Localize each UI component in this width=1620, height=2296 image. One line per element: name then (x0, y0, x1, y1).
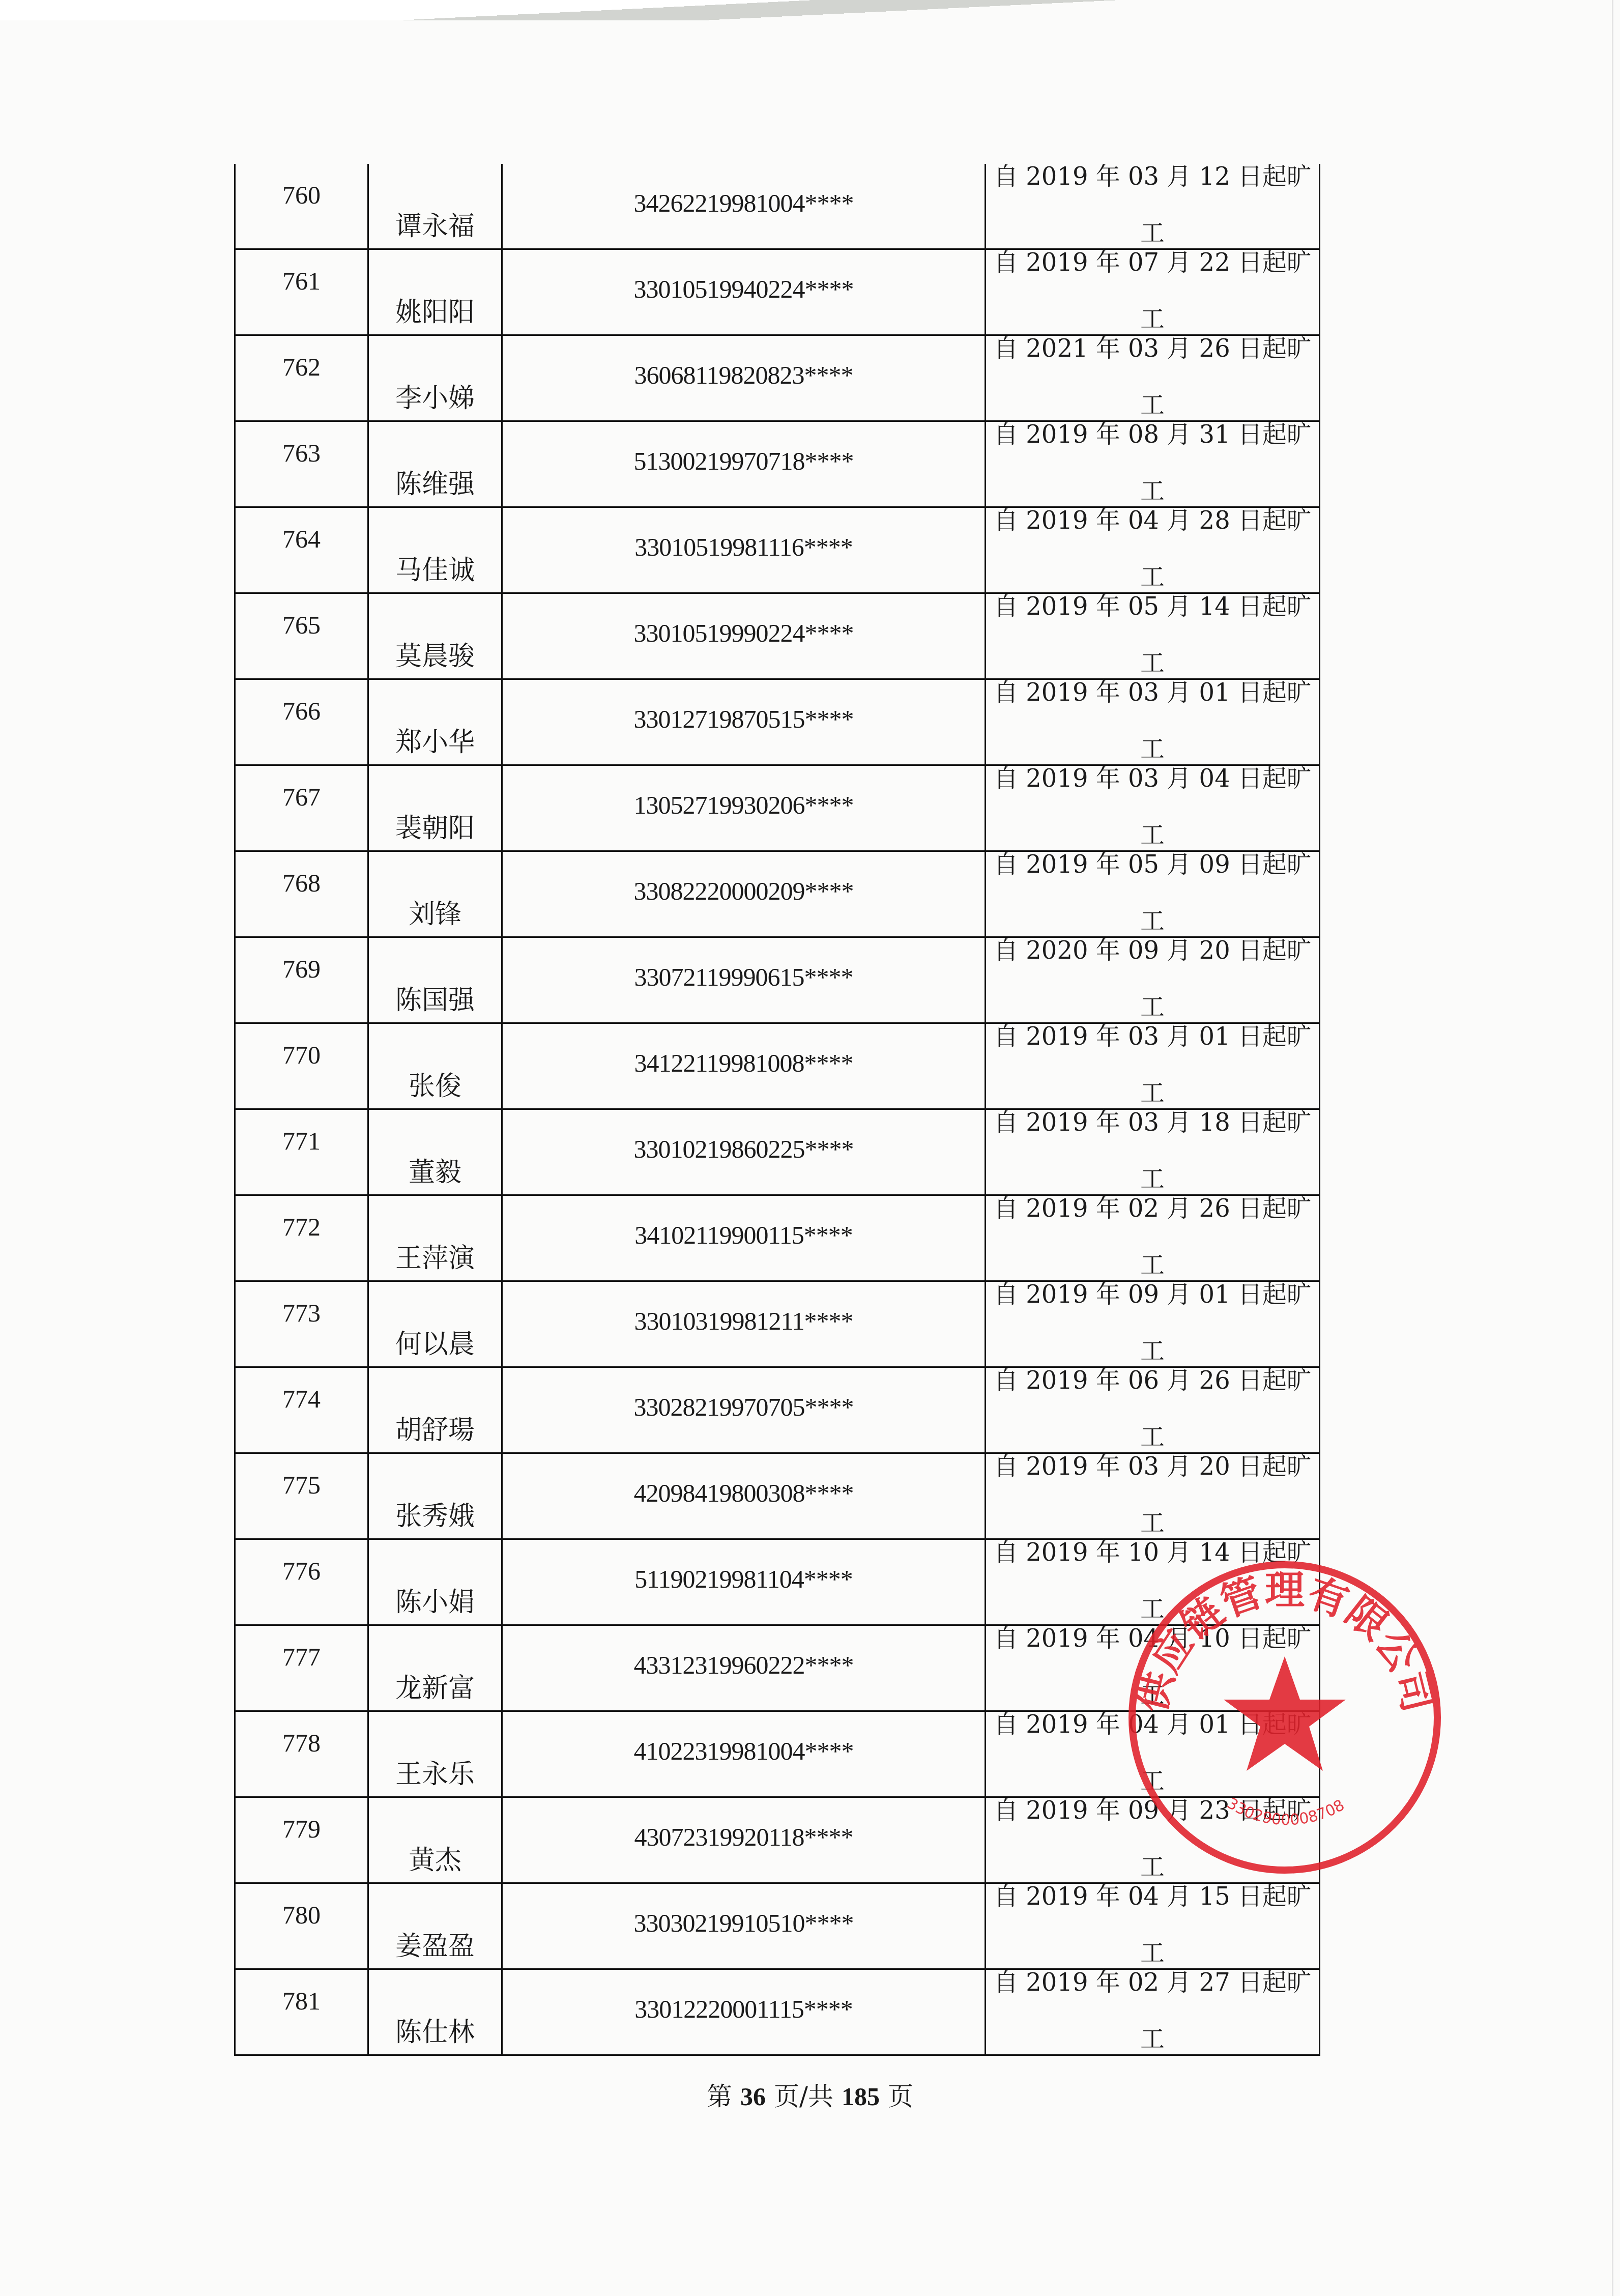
id-number-text: 33010319981211**** (503, 1306, 985, 1336)
id-number-cell: 33010519940224**** (502, 249, 986, 335)
id-number-text: 43072319920118**** (503, 1822, 985, 1852)
id-number-cell: 42098419800308**** (502, 1453, 986, 1539)
id-number-cell: 34262219981004**** (502, 164, 986, 249)
row-number-cell: 772 (235, 1195, 368, 1281)
absence-note-line1: 自 2019 年 09 月 23 日起旷 (986, 1791, 1319, 1826)
table-row: 767裴朝阳13052719930206****自 2019 年 03 月 04… (235, 765, 1320, 851)
table-row: 777龙新富43312319960222****自 2019 年 04 月 10… (235, 1625, 1320, 1711)
table-row: 769陈国强33072119990615****自 2020 年 09 月 20… (235, 937, 1320, 1023)
absence-note-line1: 自 2019 年 07 月 22 日起旷 (986, 243, 1319, 278)
row-number-text: 767 (236, 782, 367, 812)
row-number-cell: 778 (235, 1711, 368, 1797)
row-number-cell: 780 (235, 1883, 368, 1969)
absence-note-cell: 自 2019 年 03 月 12 日起旷工 (986, 164, 1320, 249)
row-number-text: 777 (236, 1642, 367, 1672)
id-number-cell: 13052719930206**** (502, 765, 986, 851)
table-row: 773何以晨33010319981211****自 2019 年 09 月 01… (235, 1281, 1320, 1367)
absence-note-cell: 自 2019 年 05 月 09 日起旷工 (986, 851, 1320, 937)
id-number-text: 43312319960222**** (503, 1650, 985, 1680)
employee-name-text: 龙新富 (369, 1667, 501, 1705)
row-number-text: 771 (236, 1126, 367, 1156)
absence-note-cell: 自 2019 年 09 月 01 日起旷工 (986, 1281, 1320, 1367)
employee-name-text: 王萍演 (369, 1237, 501, 1275)
employee-name-text: 姜盈盈 (369, 1925, 501, 1963)
employee-name-text: 王永乐 (369, 1753, 501, 1791)
id-number-cell: 33030219910510**** (502, 1883, 986, 1969)
id-number-cell: 33082220000209**** (502, 851, 986, 937)
table-row: 779黄杰43072319920118****自 2019 年 09 月 23 … (235, 1797, 1320, 1883)
row-number-text: 781 (236, 1986, 367, 2016)
absence-note-line1: 自 2019 年 04 月 01 日起旷 (986, 1705, 1319, 1740)
row-number-cell: 776 (235, 1539, 368, 1625)
employee-name-cell: 张秀娥 (368, 1453, 502, 1539)
table-row: 770张俊34122119981008****自 2019 年 03 月 01 … (235, 1023, 1320, 1109)
id-number-cell: 43312319960222**** (502, 1625, 986, 1711)
absence-note-line1: 自 2019 年 04 月 28 日起旷 (986, 501, 1319, 536)
row-number-cell: 765 (235, 593, 368, 679)
row-number-cell: 770 (235, 1023, 368, 1109)
absence-note-line1: 自 2019 年 03 月 04 日起旷 (986, 759, 1319, 794)
row-number-cell: 763 (235, 421, 368, 507)
id-number-cell: 43072319920118**** (502, 1797, 986, 1883)
row-number-text: 765 (236, 610, 367, 640)
absence-note-cell: 自 2019 年 08 月 31 日起旷工 (986, 421, 1320, 507)
employee-name-text: 莫晨骏 (369, 635, 501, 673)
table-row: 760谭永福34262219981004****自 2019 年 03 月 12… (235, 164, 1320, 249)
absence-note-line1: 自 2019 年 03 月 01 日起旷 (986, 1017, 1319, 1052)
row-number-text: 769 (236, 954, 367, 984)
row-number-text: 780 (236, 1900, 367, 1930)
row-number-cell: 760 (235, 164, 368, 249)
absence-note-cell: 自 2019 年 03 月 04 日起旷工 (986, 765, 1320, 851)
row-number-text: 766 (236, 696, 367, 726)
absence-note-line1: 自 2019 年 05 月 09 日起旷 (986, 845, 1319, 880)
row-number-text: 774 (236, 1384, 367, 1414)
row-number-text: 772 (236, 1212, 367, 1242)
footer-prefix: 第 (707, 2082, 732, 2111)
roster-table-body: 760谭永福34262219981004****自 2019 年 03 月 12… (235, 164, 1320, 2055)
employee-name-cell: 陈仕林 (368, 1969, 502, 2055)
absence-note-cell: 自 2019 年 06 月 26 日起旷工 (986, 1367, 1320, 1453)
employee-name-cell: 陈维强 (368, 421, 502, 507)
row-number-text: 770 (236, 1040, 367, 1070)
absence-note-line2: 工 (986, 2019, 1319, 2054)
absence-note-cell: 自 2019 年 05 月 14 日起旷工 (986, 593, 1320, 679)
id-number-text: 13052719930206**** (503, 790, 985, 820)
employee-name-text: 黄杰 (369, 1839, 501, 1877)
employee-name-text: 胡舒瑒 (369, 1409, 501, 1447)
employee-name-text: 姚阳阳 (369, 291, 501, 329)
employee-name-text: 何以晨 (369, 1323, 501, 1361)
absence-note-line1: 自 2019 年 02 月 27 日起旷 (986, 1963, 1319, 1998)
table-row: 778王永乐41022319981004****自 2019 年 04 月 01… (235, 1711, 1320, 1797)
row-number-text: 764 (236, 524, 367, 554)
table-row: 761姚阳阳33010519940224****自 2019 年 07 月 22… (235, 249, 1320, 335)
absence-note-line1: 自 2019 年 03 月 20 日起旷 (986, 1447, 1319, 1482)
id-number-cell: 33010519990224**** (502, 593, 986, 679)
employee-name-cell: 姚阳阳 (368, 249, 502, 335)
id-number-cell: 33010519981116**** (502, 507, 986, 593)
row-number-cell: 761 (235, 249, 368, 335)
id-number-text: 34262219981004**** (503, 188, 985, 218)
employee-name-cell: 姜盈盈 (368, 1883, 502, 1969)
id-number-cell: 33010319981211**** (502, 1281, 986, 1367)
absence-note-cell: 自 2019 年 07 月 22 日起旷工 (986, 249, 1320, 335)
table-row: 772王萍演34102119900115****自 2019 年 02 月 26… (235, 1195, 1320, 1281)
id-number-cell: 41022319981004**** (502, 1711, 986, 1797)
id-number-text: 33010519940224**** (503, 274, 985, 304)
row-number-cell: 773 (235, 1281, 368, 1367)
table-row: 768刘锋33082220000209****自 2019 年 05 月 09 … (235, 851, 1320, 937)
absence-note-line1: 自 2019 年 09 月 01 日起旷 (986, 1275, 1319, 1310)
table-row: 762李小娣36068119820823****自 2021 年 03 月 26… (235, 335, 1320, 421)
footer-suffix: 页 (888, 2082, 913, 2111)
row-number-text: 775 (236, 1470, 367, 1500)
employee-name-text: 刘锋 (369, 893, 501, 931)
id-number-cell: 33028219970705**** (502, 1367, 986, 1453)
absence-note-cell: 自 2019 年 04 月 28 日起旷工 (986, 507, 1320, 593)
id-number-text: 41022319981004**** (503, 1736, 985, 1766)
id-number-text: 33010219860225**** (503, 1134, 985, 1164)
id-number-cell: 34102119900115**** (502, 1195, 986, 1281)
employee-name-text: 张秀娥 (369, 1495, 501, 1533)
absence-note-cell: 自 2019 年 04 月 01 日起旷工 (986, 1711, 1320, 1797)
employee-name-text: 马佳诚 (369, 549, 501, 587)
row-number-cell: 779 (235, 1797, 368, 1883)
row-number-text: 768 (236, 868, 367, 898)
absence-note-cell: 自 2019 年 02 月 26 日起旷工 (986, 1195, 1320, 1281)
employee-name-cell: 王萍演 (368, 1195, 502, 1281)
id-number-cell: 51300219970718**** (502, 421, 986, 507)
absence-note-cell: 自 2019 年 03 月 20 日起旷工 (986, 1453, 1320, 1539)
employee-name-cell: 董毅 (368, 1109, 502, 1195)
employee-name-cell: 龙新富 (368, 1625, 502, 1711)
absence-note-line1: 自 2020 年 09 月 20 日起旷 (986, 931, 1319, 966)
id-number-text: 51300219970718**** (503, 446, 985, 476)
absence-note-line1: 自 2019 年 10 月 14 日起旷 (986, 1533, 1319, 1568)
employee-name-cell: 李小娣 (368, 335, 502, 421)
row-number-text: 761 (236, 266, 367, 296)
row-number-cell: 774 (235, 1367, 368, 1453)
id-number-text: 34122119981008**** (503, 1048, 985, 1078)
absence-note-line1: 自 2019 年 04 月 15 日起旷 (986, 1877, 1319, 1912)
absence-note-line1: 自 2019 年 04 月 10 日起旷 (986, 1619, 1319, 1654)
row-number-cell: 781 (235, 1969, 368, 2055)
row-number-cell: 766 (235, 679, 368, 765)
id-number-cell: 51190219981104**** (502, 1539, 986, 1625)
id-number-cell: 36068119820823**** (502, 335, 986, 421)
employee-name-text: 陈小娟 (369, 1581, 501, 1619)
id-number-text: 42098419800308**** (503, 1478, 985, 1508)
row-number-cell: 777 (235, 1625, 368, 1711)
employee-name-text: 董毅 (369, 1151, 501, 1189)
row-number-cell: 775 (235, 1453, 368, 1539)
id-number-text: 33030219910510**** (503, 1908, 985, 1938)
row-number-cell: 771 (235, 1109, 368, 1195)
id-number-cell: 34122119981008**** (502, 1023, 986, 1109)
employee-name-text: 张俊 (369, 1065, 501, 1103)
id-number-text: 33010519990224**** (503, 618, 985, 648)
row-number-cell: 767 (235, 765, 368, 851)
id-number-text: 33072119990615**** (503, 962, 985, 992)
employee-name-cell: 谭永福 (368, 164, 502, 249)
employee-name-cell: 裴朝阳 (368, 765, 502, 851)
absence-note-line1: 自 2019 年 05 月 14 日起旷 (986, 587, 1319, 622)
employee-name-text: 谭永福 (369, 205, 501, 243)
total-pages: 185 (833, 2082, 888, 2111)
absence-note-line1: 自 2019 年 08 月 31 日起旷 (986, 415, 1319, 450)
scan-edge-artifact (0, 0, 1620, 20)
scan-right-edge (1612, 0, 1613, 2296)
id-number-text: 51190219981104**** (503, 1564, 985, 1594)
employee-name-cell: 莫晨骏 (368, 593, 502, 679)
id-number-cell: 33012220001115**** (502, 1969, 986, 2055)
id-number-text: 33028219970705**** (503, 1392, 985, 1422)
id-number-text: 36068119820823**** (503, 360, 985, 390)
employee-name-cell: 张俊 (368, 1023, 502, 1109)
absence-note-cell: 自 2019 年 04 月 15 日起旷工 (986, 1883, 1320, 1969)
table-row: 765莫晨骏33010519990224****自 2019 年 05 月 14… (235, 593, 1320, 679)
employee-name-cell: 刘锋 (368, 851, 502, 937)
row-number-cell: 769 (235, 937, 368, 1023)
row-number-text: 778 (236, 1728, 367, 1758)
table-row: 764马佳诚33010519981116****自 2019 年 04 月 28… (235, 507, 1320, 593)
absence-note-line1: 自 2021 年 03 月 26 日起旷 (986, 329, 1319, 364)
employee-name-text: 陈仕林 (369, 2011, 501, 2049)
employee-name-text: 裴朝阳 (369, 807, 501, 845)
employee-name-text: 陈维强 (369, 463, 501, 501)
id-number-text: 33010519981116**** (503, 532, 985, 562)
table-row: 763陈维强51300219970718****自 2019 年 08 月 31… (235, 421, 1320, 507)
absence-note-line1: 自 2019 年 03 月 12 日起旷 (986, 157, 1319, 192)
absence-note-cell: 自 2019 年 04 月 10 日起旷工 (986, 1625, 1320, 1711)
absence-note-cell: 自 2019 年 10 月 14 日起旷工 (986, 1539, 1320, 1625)
employee-name-cell: 王永乐 (368, 1711, 502, 1797)
row-number-text: 763 (236, 438, 367, 468)
row-number-cell: 764 (235, 507, 368, 593)
absence-note-line1: 自 2019 年 06 月 26 日起旷 (986, 1361, 1319, 1396)
id-number-text: 33082220000209**** (503, 876, 985, 906)
employee-name-cell: 陈国强 (368, 937, 502, 1023)
footer-middle: 页/共 (774, 2082, 833, 2111)
id-number-cell: 33012719870515**** (502, 679, 986, 765)
employee-name-cell: 陈小娟 (368, 1539, 502, 1625)
table-row: 775张秀娥42098419800308****自 2019 年 03 月 20… (235, 1453, 1320, 1539)
row-number-cell: 768 (235, 851, 368, 937)
table-row: 780姜盈盈33030219910510****自 2019 年 04 月 15… (235, 1883, 1320, 1969)
absence-note-cell: 自 2021 年 03 月 26 日起旷工 (986, 335, 1320, 421)
row-number-text: 779 (236, 1814, 367, 1844)
table-row: 781陈仕林33012220001115****自 2019 年 02 月 27… (235, 1969, 1320, 2055)
id-number-text: 33012220001115**** (503, 1994, 985, 2024)
table-row: 776陈小娟51190219981104****自 2019 年 10 月 14… (235, 1539, 1320, 1625)
absence-note-cell: 自 2019 年 09 月 23 日起旷工 (986, 1797, 1320, 1883)
employee-name-cell: 胡舒瑒 (368, 1367, 502, 1453)
absence-note-line1: 自 2019 年 03 月 18 日起旷 (986, 1103, 1319, 1138)
row-number-text: 762 (236, 352, 367, 382)
absence-note-cell: 自 2019 年 03 月 01 日起旷工 (986, 1023, 1320, 1109)
employee-name-text: 郑小华 (369, 721, 501, 759)
employee-name-cell: 郑小华 (368, 679, 502, 765)
table-row: 774胡舒瑒33028219970705****自 2019 年 06 月 26… (235, 1367, 1320, 1453)
employee-name-text: 李小娣 (369, 377, 501, 415)
absence-note-cell: 自 2020 年 09 月 20 日起旷工 (986, 937, 1320, 1023)
id-number-text: 33012719870515**** (503, 704, 985, 734)
employee-name-cell: 何以晨 (368, 1281, 502, 1367)
absence-note-line1: 自 2019 年 02 月 26 日起旷 (986, 1189, 1319, 1224)
table-row: 771董毅33010219860225****自 2019 年 03 月 18 … (235, 1109, 1320, 1195)
roster-table: 760谭永福34262219981004****自 2019 年 03 月 12… (234, 164, 1320, 2056)
id-number-cell: 33072119990615**** (502, 937, 986, 1023)
id-number-text: 34102119900115**** (503, 1220, 985, 1250)
table-row: 766郑小华33012719870515****自 2019 年 03 月 01… (235, 679, 1320, 765)
employee-name-cell: 马佳诚 (368, 507, 502, 593)
id-number-cell: 33010219860225**** (502, 1109, 986, 1195)
current-page-number: 36 (732, 2082, 774, 2111)
employee-name-text: 陈国强 (369, 979, 501, 1017)
employee-name-cell: 黄杰 (368, 1797, 502, 1883)
row-number-text: 776 (236, 1556, 367, 1586)
page-footer: 第36页/共185页 (0, 2076, 1620, 2113)
row-number-text: 760 (236, 180, 367, 210)
absence-note-cell: 自 2019 年 03 月 18 日起旷工 (986, 1109, 1320, 1195)
absence-note-cell: 自 2019 年 02 月 27 日起旷工 (986, 1969, 1320, 2055)
row-number-cell: 762 (235, 335, 368, 421)
absence-note-cell: 自 2019 年 03 月 01 日起旷工 (986, 679, 1320, 765)
absence-note-line1: 自 2019 年 03 月 01 日起旷 (986, 673, 1319, 708)
row-number-text: 773 (236, 1298, 367, 1328)
